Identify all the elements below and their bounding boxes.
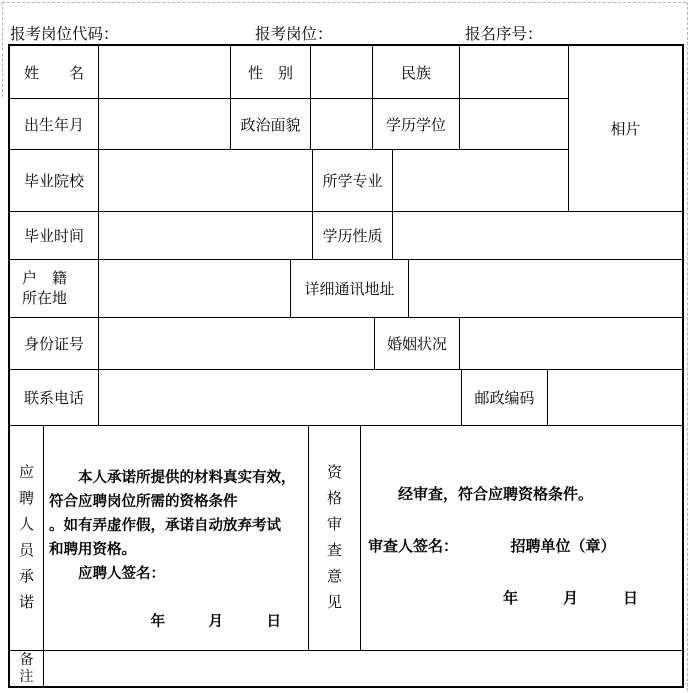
- mailing-address-value-cell[interactable]: [409, 260, 682, 317]
- position-code-label: 报考岗位代码：: [10, 22, 119, 44]
- political-status-label-cell: 政治面貌: [231, 99, 311, 149]
- mailing-address-label-cell: 详细通讯地址: [291, 260, 409, 317]
- contact-phone-label-cell: 联系电话: [10, 370, 99, 425]
- birth-date-value-cell[interactable]: [99, 99, 231, 149]
- gender-label-cell: 性 别: [231, 46, 311, 98]
- ethnicity-value-cell[interactable]: [460, 46, 568, 98]
- household-registration-label-cell: 户 籍 所在地: [10, 260, 99, 317]
- row-name-gender-ethnicity: 姓 名 性 别 民族: [10, 46, 568, 99]
- birth-date-label: 出生年月: [24, 114, 84, 135]
- education-type-label: 学历性质: [322, 225, 382, 246]
- mailing-address-label: 详细通讯地址: [304, 278, 394, 299]
- graduation-date-value-cell[interactable]: [99, 212, 313, 259]
- remarks-value-cell[interactable]: [44, 651, 682, 686]
- birth-date-label-cell: 出生年月: [10, 99, 99, 149]
- remarks-label-cell: 备注: [10, 651, 44, 686]
- row-birth-political-degree: 出生年月 政治面貌 学历学位: [10, 99, 568, 150]
- name-value-cell[interactable]: [99, 46, 231, 98]
- education-degree-label-cell: 学历学位: [373, 99, 460, 149]
- name-label-cell: 姓 名: [10, 46, 99, 98]
- education-degree-value-cell[interactable]: [460, 99, 568, 149]
- id-number-value-cell[interactable]: [99, 318, 375, 369]
- photo-cell: 相片: [568, 46, 682, 211]
- title-row: 报考岗位代码： 报考岗位： 报名序号：: [0, 20, 690, 44]
- political-status-value-cell[interactable]: [311, 99, 373, 149]
- ethnicity-label: 民族: [401, 62, 431, 83]
- id-number-label-cell: 身份证号: [10, 318, 99, 369]
- photo-label: 相片: [610, 118, 640, 139]
- commitment-text: 本人承诺所提供的材料真实有效， 符合应聘岗位所需的资格条件 。如有弄虚作假，承诺…: [44, 426, 308, 650]
- ethnicity-label-cell: 民族: [373, 46, 460, 98]
- education-type-label-cell: 学历性质: [313, 212, 393, 259]
- marital-status-label: 婚姻状况: [387, 333, 447, 354]
- top-rows-group: 姓 名 性 别 民族 出生年月 政治面貌 学历学位 毕业院校: [10, 46, 682, 212]
- gender-value-cell[interactable]: [311, 46, 373, 98]
- name-label: 姓 名: [24, 62, 84, 83]
- page-boundary-right: [687, 2, 688, 691]
- review-vertical-label: 资格审查意见: [327, 460, 343, 616]
- review-vertical-label-cell: 资格审查意见: [309, 426, 361, 650]
- household-registration-label: 户 籍 所在地: [22, 269, 67, 309]
- position-name-label: 报考岗位：: [255, 22, 333, 44]
- commitment-text-cell: 本人承诺所提供的材料真实有效， 符合应聘岗位所需的资格条件 。如有弄虚作假，承诺…: [44, 426, 309, 650]
- education-type-value-cell[interactable]: [393, 212, 682, 259]
- graduate-school-value-cell[interactable]: [99, 150, 313, 211]
- row-remarks: 备注: [10, 651, 682, 686]
- registration-no-label: 报名序号：: [465, 22, 543, 44]
- graduate-school-label: 毕业院校: [24, 170, 84, 191]
- form-table: 姓 名 性 别 民族 出生年月 政治面貌 学历学位 毕业院校: [8, 44, 684, 688]
- application-form-page: 报考岗位代码： 报考岗位： 报名序号： 姓 名 性 别 民族 出生年月 政治面貌: [0, 0, 690, 693]
- review-text: 经审查，符合应聘资格条件。 审查人签名： 招聘单位（章） 年 月 日: [361, 426, 682, 650]
- major-label: 所学专业: [322, 170, 382, 191]
- contact-phone-value-cell[interactable]: [99, 370, 462, 425]
- row-id-marital: 身份证号 婚姻状况: [10, 318, 682, 370]
- major-value-cell[interactable]: [393, 150, 568, 211]
- page-boundary-top: [2, 2, 686, 3]
- review-text-cell: 经审查，符合应聘资格条件。 审查人签名： 招聘单位（章） 年 月 日: [361, 426, 682, 650]
- contact-phone-label: 联系电话: [24, 387, 84, 408]
- row-school-major: 毕业院校 所学专业: [10, 150, 568, 211]
- gender-label: 性 别: [248, 62, 293, 83]
- postal-code-value-cell[interactable]: [548, 370, 682, 425]
- postal-code-label-cell: 邮政编码: [462, 370, 548, 425]
- household-registration-value-cell[interactable]: [99, 260, 291, 317]
- row-phone-postal: 联系电话 邮政编码: [10, 370, 682, 426]
- graduate-school-label-cell: 毕业院校: [10, 150, 99, 211]
- postal-code-label: 邮政编码: [474, 387, 534, 408]
- page-boundary-left: [2, 2, 3, 97]
- graduation-date-label-cell: 毕业时间: [10, 212, 99, 259]
- marital-status-value-cell[interactable]: [460, 318, 682, 369]
- commitment-vertical-label: 应聘人员承诺: [19, 460, 35, 616]
- marital-status-label-cell: 婚姻状况: [375, 318, 460, 369]
- education-degree-label: 学历学位: [386, 114, 446, 135]
- row-commitment-review: 应聘人员承诺 本人承诺所提供的材料真实有效， 符合应聘岗位所需的资格条件 。如有…: [10, 426, 682, 651]
- graduation-date-label: 毕业时间: [24, 225, 84, 246]
- row-graduation-edutype: 毕业时间 学历性质: [10, 212, 682, 260]
- commitment-vertical-label-cell: 应聘人员承诺: [10, 426, 44, 650]
- row-household-address: 户 籍 所在地 详细通讯地址: [10, 260, 682, 318]
- political-status-label: 政治面貌: [240, 114, 300, 135]
- id-number-label: 身份证号: [24, 333, 84, 354]
- remarks-label: 备注: [19, 652, 34, 686]
- major-label-cell: 所学专业: [313, 150, 393, 211]
